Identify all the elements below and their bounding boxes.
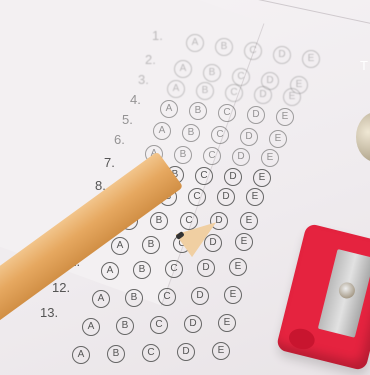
answer-bubble-c: C (244, 42, 262, 60)
answer-bubble-b: B (182, 124, 200, 142)
answer-bubble-c: C (158, 288, 176, 306)
answer-bubble-e: E (224, 286, 242, 304)
answer-bubble-d: D (224, 168, 242, 186)
answer-bubble-e: E (235, 233, 253, 251)
answer-bubble-e: E (246, 188, 264, 206)
answer-bubble-e: E (269, 130, 287, 148)
answer-bubble-c: C (195, 167, 213, 185)
answer-bubble-e: E (240, 212, 258, 230)
answer-bubble-d: D (232, 148, 250, 166)
answer-bubble-d: D (191, 287, 209, 305)
answer-bubble-e: E (212, 342, 230, 360)
question-number: 4. (130, 92, 141, 107)
question-number: 12. (52, 280, 70, 295)
answer-bubble-d: D (197, 259, 215, 277)
answer-bubble-d: D (217, 188, 235, 206)
answer-bubble-c: C (218, 104, 236, 122)
answer-bubble-b: B (203, 64, 221, 82)
answer-bubble-d: D (184, 315, 202, 333)
answer-bubble-b: B (125, 289, 143, 307)
answer-bubble-b: B (196, 82, 214, 100)
answer-bubble-c: C (203, 147, 221, 165)
answer-bubble-b: B (189, 102, 207, 120)
photo-scene: 1.ABCDE2.ABCDE3.ABCDE4.ABCDE5.ABCDE6.ABC… (0, 0, 370, 375)
question-number: 7. (104, 155, 115, 170)
answer-bubble-b: B (116, 317, 134, 335)
answer-bubble-d: D (177, 343, 195, 361)
question-number: 5. (122, 112, 133, 127)
answer-bubble-a: A (167, 80, 185, 98)
answer-bubble-e: E (261, 149, 279, 167)
answer-bubble-d: D (254, 86, 272, 104)
answer-bubble-c: C (225, 84, 243, 102)
answer-bubble-d: D (247, 106, 265, 124)
sharpener-hole (287, 326, 317, 352)
answer-bubble-b: B (142, 236, 160, 254)
answer-bubble-a: A (101, 262, 119, 280)
question-number: 13. (40, 305, 58, 320)
question-number: 2. (145, 52, 156, 67)
answer-bubble-a: A (174, 60, 192, 78)
answer-bubble-c: C (165, 260, 183, 278)
answer-bubble-a: A (82, 318, 100, 336)
answer-bubble-b: B (174, 146, 192, 164)
answer-bubble-d: D (273, 46, 291, 64)
answer-bubble-e: E (229, 258, 247, 276)
question-number: 1. (152, 28, 163, 43)
answer-bubble-e: E (276, 108, 294, 126)
answer-bubble-b: B (215, 38, 233, 56)
corner-text: T (360, 58, 368, 73)
answer-bubble-a: A (72, 346, 90, 364)
answer-bubble-c: C (150, 316, 168, 334)
question-number: 3. (138, 72, 149, 87)
question-number: 6. (114, 132, 125, 147)
answer-bubble-a: A (186, 34, 204, 52)
answer-bubble-e: E (283, 88, 301, 106)
answer-bubble-e: E (302, 50, 320, 68)
answer-bubble-a: A (111, 237, 129, 255)
answer-bubble-d: D (240, 128, 258, 146)
answer-bubble-e: E (218, 314, 236, 332)
answer-bubble-a: A (153, 122, 171, 140)
answer-bubble-a: A (92, 290, 110, 308)
answer-bubble-c: C (188, 188, 206, 206)
answer-bubble-b: B (150, 212, 168, 230)
answer-bubble-b: B (133, 261, 151, 279)
answer-bubble-b: B (107, 345, 125, 363)
answer-bubble-e: E (253, 169, 271, 187)
answer-bubble-c: C (142, 344, 160, 362)
answer-bubble-a: A (160, 100, 178, 118)
answer-bubble-c: C (211, 126, 229, 144)
